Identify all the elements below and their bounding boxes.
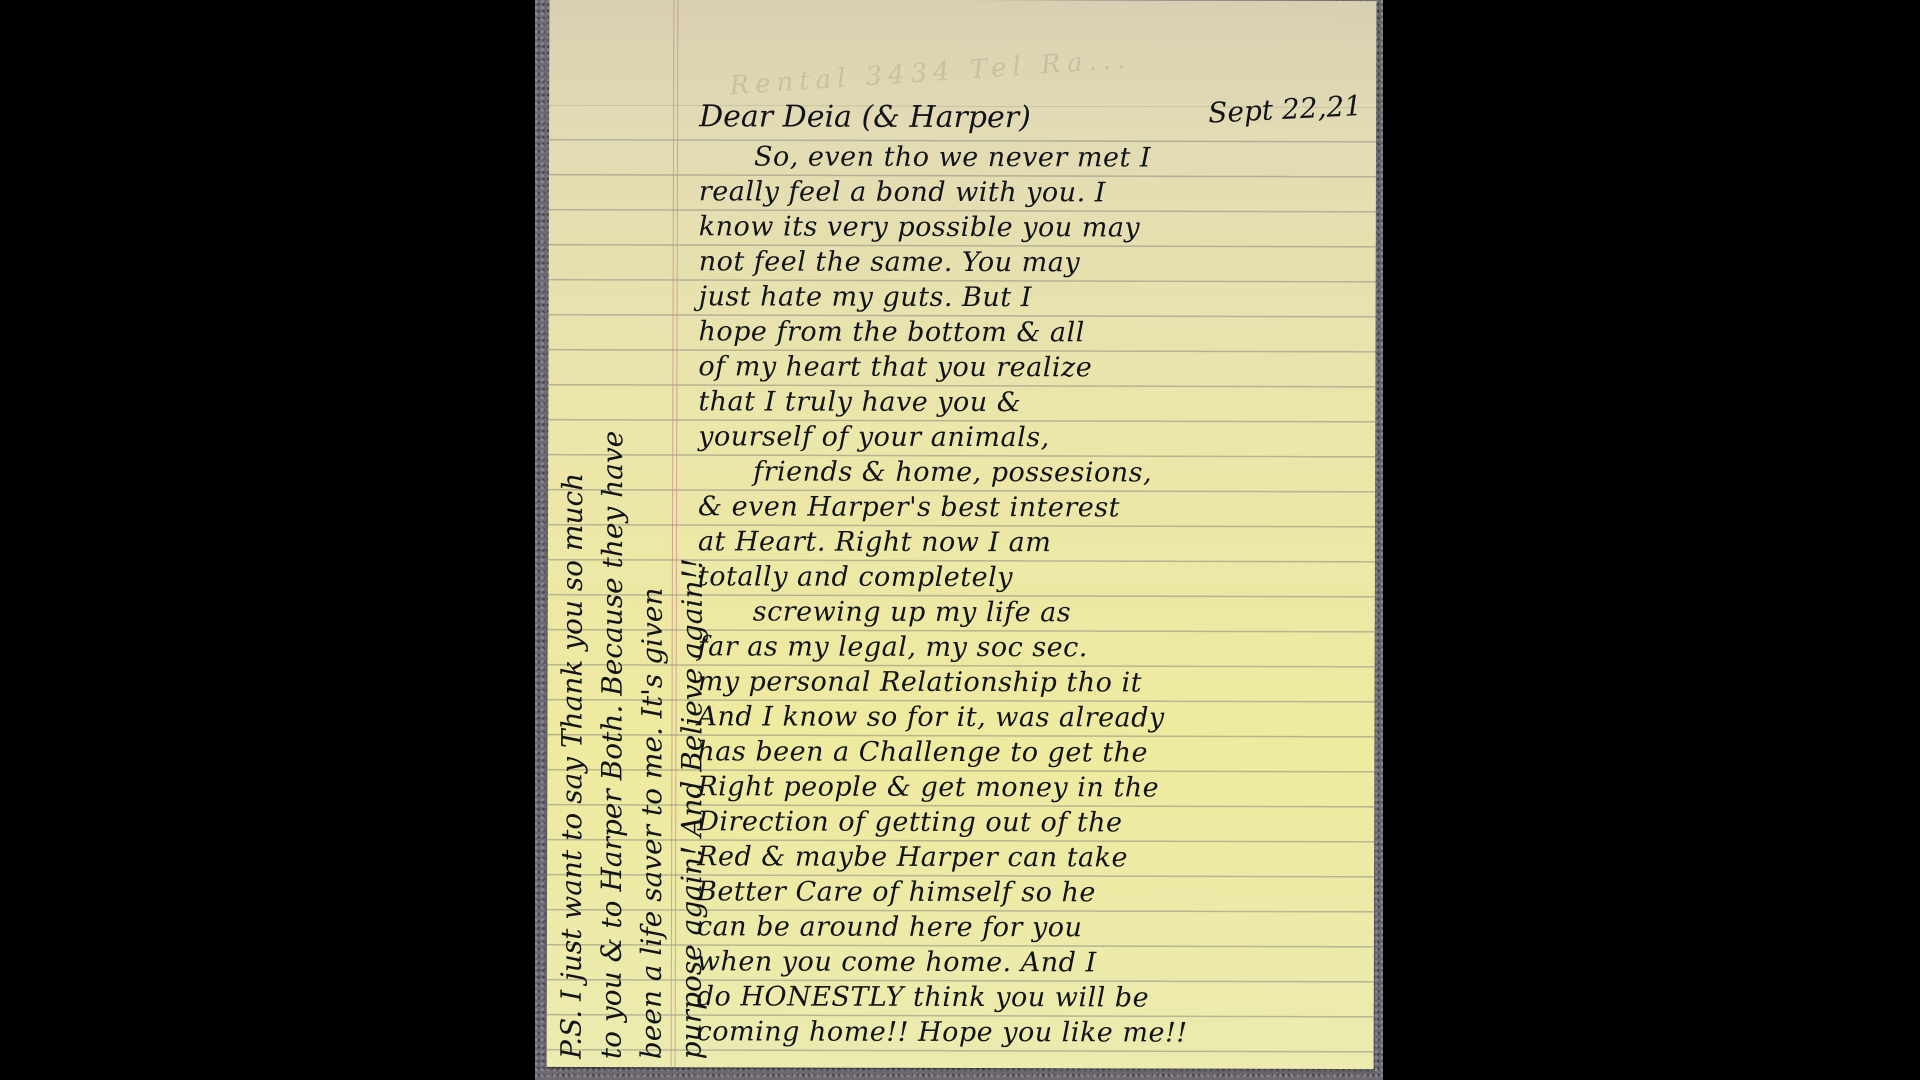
letter-body: So, even tho we never met Ireally feel a… — [697, 139, 1369, 1051]
letter-line: when you come home. And I — [697, 944, 1367, 981]
postscript-line: purpose again! And Believe again!! — [672, 29, 715, 1059]
legal-pad-page: Rental 3434 Tel Ra... Dear Deia (& Harpe… — [547, 0, 1377, 1069]
salutation: Dear Deia (& Harper) — [699, 99, 1031, 135]
letter-line: And I know so for it, was already — [697, 699, 1367, 736]
letter-line: Better Care of himself so he — [697, 874, 1367, 911]
letter-line: Right people & get money in the — [697, 769, 1367, 806]
letter-line: can be around here for you — [697, 909, 1367, 946]
letter-line: that I truly have you & — [698, 384, 1368, 421]
letter-line: screwing up my life as — [698, 594, 1368, 631]
postscript-vertical: P.S. I just want to say Thank you so muc… — [552, 29, 685, 1059]
postscript-line: been a life saver to me. It's given — [632, 29, 675, 1059]
postscript-line: to you & to Harper Both. Because they ha… — [592, 29, 635, 1059]
letter-line: know its very possible you may — [699, 209, 1369, 246]
letter-line: & even Harper's best interest — [698, 489, 1368, 526]
letter-line: coming home!! Hope you like me!! — [697, 1014, 1367, 1051]
letter-line: really feel a bond with you. I — [699, 174, 1369, 211]
letter-line: far as my legal, my soc sec. — [698, 629, 1368, 666]
letter-photograph: Rental 3434 Tel Ra... Dear Deia (& Harpe… — [535, 0, 1383, 1080]
letter-line: of my heart that you realize — [698, 349, 1368, 386]
letter-line: just hate my guts. But I — [699, 279, 1369, 316]
letter-line: not feel the same. You may — [699, 244, 1369, 281]
letter-line: Direction of getting out of the — [697, 804, 1367, 841]
letter-line: do HONESTLY think you will be — [697, 979, 1367, 1016]
letter-line: friends & home, possesions, — [698, 454, 1368, 491]
letter-line: So, even tho we never met I — [699, 139, 1369, 176]
letter-line: has been a Challenge to get the — [697, 734, 1367, 771]
letter-line: totally and completely — [698, 559, 1368, 596]
letter-line: at Heart. Right now I am — [698, 524, 1368, 561]
postscript-line: P.S. I just want to say Thank you so muc… — [552, 29, 595, 1059]
letter-line: my personal Relationship tho it — [698, 664, 1368, 701]
letter-line: Red & maybe Harper can take — [697, 839, 1367, 876]
faint-pencil-header: Rental 3434 Tel Ra... — [729, 44, 1133, 101]
letter-line: hope from the bottom & all — [698, 314, 1368, 351]
letter-line: yourself of your animals, — [698, 419, 1368, 456]
